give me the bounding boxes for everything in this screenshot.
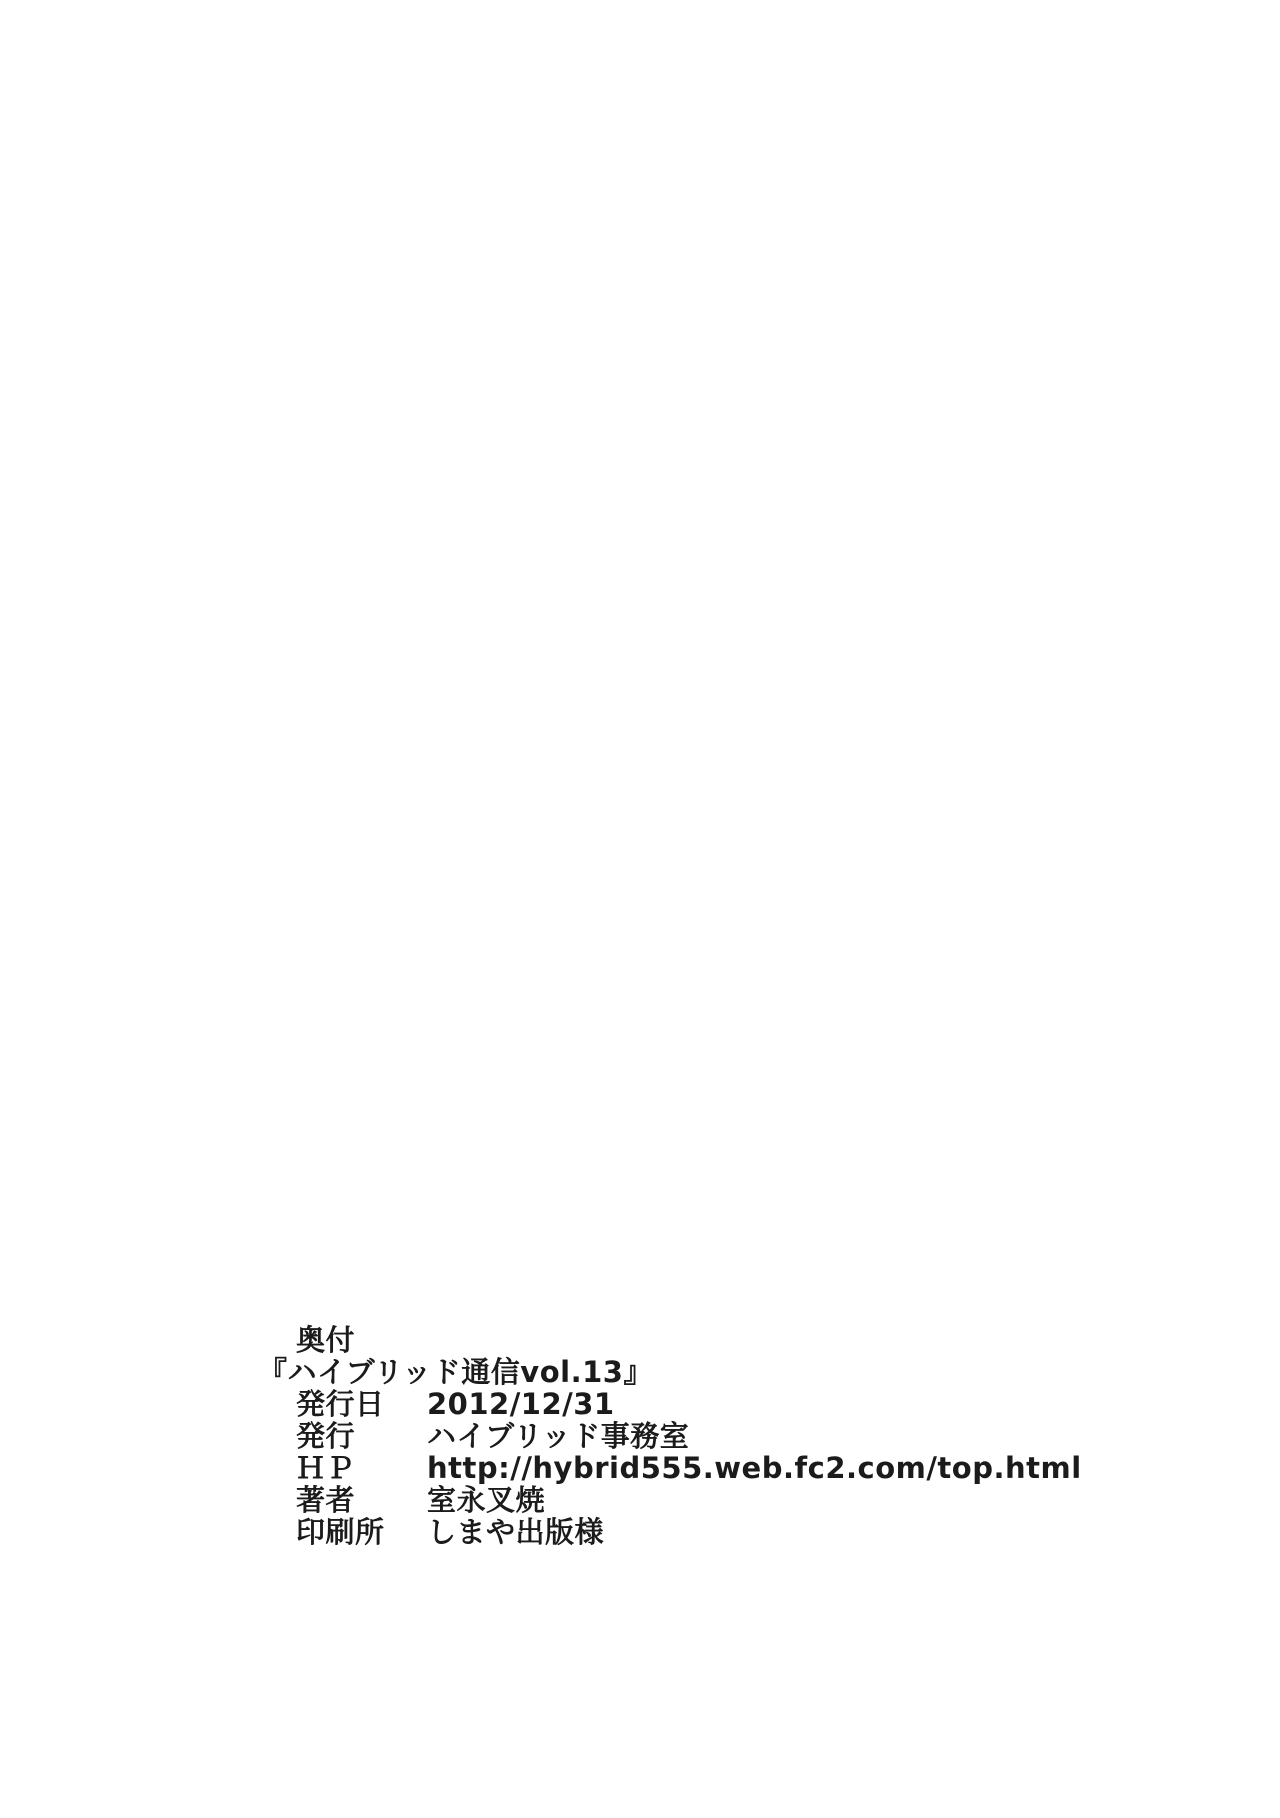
homepage-url: http://hybrid555.web.fc2.com/top.html bbox=[427, 1452, 1082, 1484]
row-label-author: 著者 bbox=[296, 1484, 427, 1516]
row-value-publication-date: 2012/12/31 bbox=[427, 1388, 615, 1420]
row-label-homepage: ＨＰ bbox=[296, 1452, 427, 1484]
colophon-block: 奥付 『ハイブリッド通信vol.13』 発行日 2012/12/31 発行 ハイ… bbox=[296, 1324, 1082, 1548]
row-value-printer: しまや出版様 bbox=[427, 1516, 604, 1548]
colophon-row-printer: 印刷所 しまや出版様 bbox=[296, 1516, 1082, 1548]
row-value-author: 室永叉焼 bbox=[427, 1484, 545, 1516]
colophon-heading: 奥付 bbox=[296, 1324, 1082, 1356]
scanned-page: 奥付 『ハイブリッド通信vol.13』 発行日 2012/12/31 発行 ハイ… bbox=[0, 0, 1280, 1818]
row-label-printer: 印刷所 bbox=[296, 1516, 427, 1548]
colophon-row-homepage: ＨＰ http://hybrid555.web.fc2.com/top.html bbox=[296, 1452, 1082, 1484]
row-value-publisher: ハイブリッド事務室 bbox=[427, 1420, 689, 1452]
colophon-row-publisher: 発行 ハイブリッド事務室 bbox=[296, 1420, 1082, 1452]
book-title: 『ハイブリッド通信vol.13』 bbox=[296, 1356, 1082, 1388]
colophon-row-author: 著者 室永叉焼 bbox=[296, 1484, 1082, 1516]
colophon-row-publication-date: 発行日 2012/12/31 bbox=[296, 1388, 1082, 1420]
row-label-publication-date: 発行日 bbox=[296, 1388, 427, 1420]
row-label-publisher: 発行 bbox=[296, 1420, 427, 1452]
